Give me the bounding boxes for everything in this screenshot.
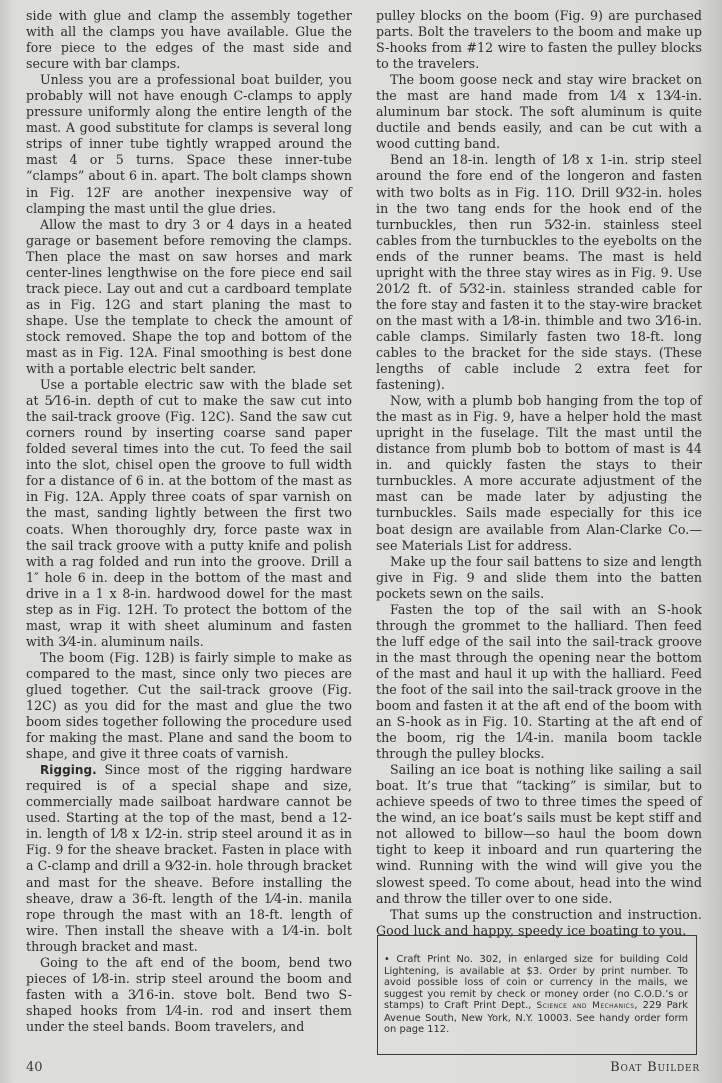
left-column: side with glue and clamp the assembly to… <box>26 8 352 1035</box>
paragraph: side with glue and clamp the assembly to… <box>26 8 352 72</box>
order-box-text: • Craft Print No. 302, in enlarged size … <box>384 954 688 1036</box>
paragraph-text: Since most of the rigging hardware requi… <box>26 762 352 954</box>
paragraph: Bend an 18-in. length of 1⁄8 x 1-in. str… <box>376 152 702 393</box>
paragraph: pulley blocks on the boom (Fig. 9) are p… <box>376 8 702 72</box>
paragraph: The boom goose neck and stay wire bracke… <box>376 72 702 152</box>
paragraph: That sums up the construction and instru… <box>376 907 702 939</box>
right-column: pulley blocks on the boom (Fig. 9) are p… <box>376 8 702 939</box>
paragraph: The boom (Fig. 12B) is fairly simple to … <box>26 650 352 762</box>
paragraph: Fasten the top of the sail with an S-hoo… <box>376 602 702 762</box>
craft-print-order-box: • Craft Print No. 302, in enlarged size … <box>377 935 697 1055</box>
magazine-page: side with glue and clamp the assembly to… <box>0 0 722 1083</box>
running-footer-title: Boat Builder <box>610 1060 700 1075</box>
paragraph: Going to the aft end of the boom, bend t… <box>26 955 352 1035</box>
section-heading-rigging: Rigging. <box>40 763 97 777</box>
paragraph: Unless you are a professional boat build… <box>26 72 352 216</box>
paragraph: Use a portable electric saw with the bla… <box>26 377 352 650</box>
publisher-name: Science and Mechanics <box>537 1001 635 1011</box>
paragraph-rigging: Rigging. Since most of the rigging hardw… <box>26 762 352 955</box>
paragraph: Allow the mast to dry 3 or 4 days in a h… <box>26 217 352 377</box>
paragraph: Make up the four sail battens to size an… <box>376 554 702 602</box>
paragraph: Now, with a plumb bob hanging from the t… <box>376 393 702 553</box>
paragraph: Sailing an ice boat is nothing like sail… <box>376 762 702 906</box>
page-number: 40 <box>26 1060 43 1075</box>
